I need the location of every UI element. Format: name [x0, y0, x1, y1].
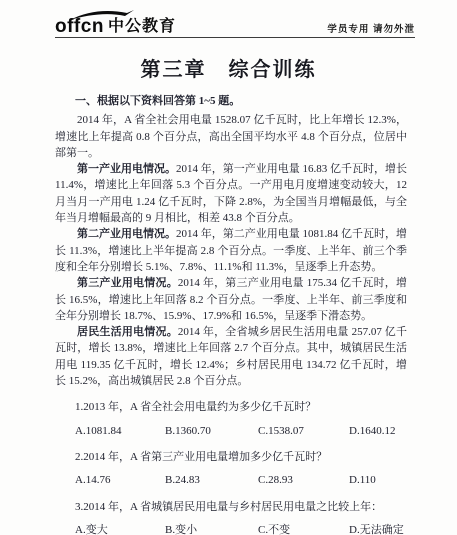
- document-content: 一、根据以下资料回答第 1~5 题。 2014 年，A 省全社会用电量 1528…: [55, 93, 407, 535]
- paragraph-lead: 居民生活用电情况。: [77, 326, 178, 338]
- question-2-option-d: D.110: [349, 472, 407, 488]
- question-1-option-b: B.1360.70: [165, 423, 258, 439]
- paragraph-tertiary-industry: 第三产业用电情况。2014 年，第三产业用电量 175.34 亿千瓦时，增长 1…: [55, 275, 407, 324]
- paragraph-lead: 第一产业用电情况。: [77, 163, 176, 175]
- section-heading: 一、根据以下资料回答第 1~5 题。: [55, 93, 407, 109]
- question-3-option-c: C.不变: [258, 522, 349, 535]
- question-2-option-a: A.14.76: [75, 472, 165, 488]
- paragraph-secondary-industry: 第二产业用电情况。2014 年，第二产业用电量 1081.84 亿千瓦时，增长 …: [55, 226, 407, 275]
- logo-swoosh-icon: [69, 9, 135, 21]
- question-1-options: A.1081.84 B.1360.70 C.1538.07 D.1640.12: [75, 423, 407, 439]
- question-3-text: 3.2014 年，A 省城镇居民用电量与乡村居民用电量之比较上年：: [75, 499, 407, 515]
- question-2-options: A.14.76 B.24.83 C.28.93 D.110: [75, 472, 407, 488]
- question-1-option-a: A.1081.84: [75, 423, 165, 439]
- material-paragraphs: 2014 年，A 省全社会用电量 1528.07 亿千瓦时，比上年增长 12.3…: [55, 112, 407, 389]
- document-page: offcn 中公教育 学员专用 请勿外泄 第三章 综合训练 一、根据以下资料回答…: [0, 0, 457, 535]
- paragraph-residential: 居民生活用电情况。2014 年，全省城乡居民生活用电量 257.07 亿千瓦时，…: [55, 324, 407, 389]
- question-3-option-a: A.变大: [75, 522, 165, 535]
- question-1: 1.2013 年，A 省全社会用电量约为多少亿千瓦时？ A.1081.84 B.…: [55, 399, 407, 439]
- question-2-option-b: B.24.83: [165, 472, 258, 488]
- question-1-text: 1.2013 年，A 省全社会用电量约为多少亿千瓦时？: [75, 399, 407, 415]
- offcn-logo-wordmark: offcn: [55, 18, 104, 36]
- paragraph-text: 2014 年，A 省全社会用电量 1528.07 亿千瓦时，比上年增长 12.3…: [55, 114, 407, 159]
- question-1-option-c: C.1538.07: [258, 423, 349, 439]
- paragraph-overview: 2014 年，A 省全社会用电量 1528.07 亿千瓦时，比上年增长 12.3…: [55, 112, 407, 161]
- question-1-option-d: D.1640.12: [349, 423, 407, 439]
- paragraph-lead: 第二产业用电情况。: [77, 228, 176, 240]
- question-2-option-c: C.28.93: [258, 472, 349, 488]
- question-3-option-d: D.无法确定: [349, 522, 407, 535]
- paragraph-lead: 第三产业用电情况。: [77, 277, 178, 289]
- question-3-options: A.变大 B.变小 C.不变 D.无法确定: [75, 522, 407, 535]
- confidential-note: 学员专用 请勿外泄: [327, 21, 415, 35]
- question-3-option-b: B.变小: [165, 522, 258, 535]
- question-2-text: 2.2014 年，A 省第三产业用电量增加多少亿千瓦时？: [75, 449, 407, 465]
- offcn-logo: offcn 中公教育: [55, 18, 176, 36]
- question-2: 2.2014 年，A 省第三产业用电量增加多少亿千瓦时？ A.14.76 B.2…: [55, 449, 407, 489]
- page-header: offcn 中公教育 学员专用 请勿外泄: [55, 0, 415, 38]
- question-3: 3.2014 年，A 省城镇居民用电量与乡村居民用电量之比较上年： A.变大 B…: [55, 499, 407, 535]
- chapter-title: 第三章 综合训练: [0, 53, 457, 82]
- paragraph-primary-industry: 第一产业用电情况。2014 年，第一产业用电量 16.83 亿千瓦时，增长 11…: [55, 161, 407, 226]
